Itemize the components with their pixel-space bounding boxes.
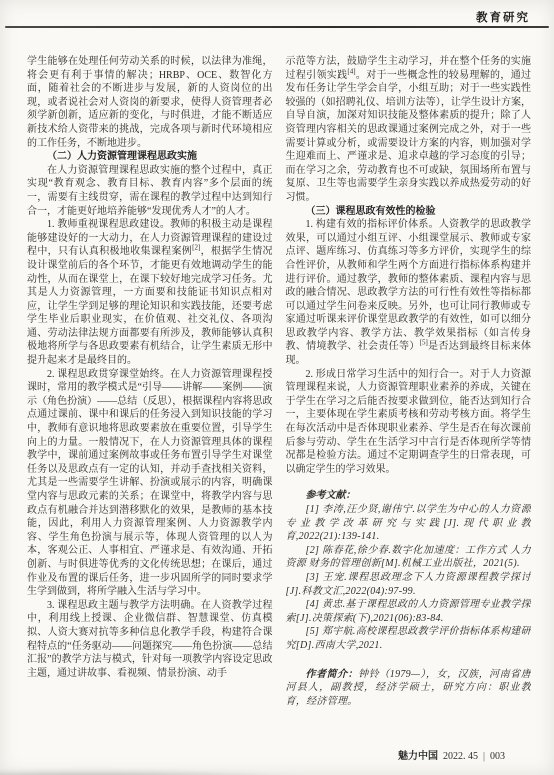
footer-issue: 2022. 45 <box>443 751 478 762</box>
citation-mark: [4] <box>347 67 355 75</box>
author-bio: 作者简介：钟铃（1979—），女，汉族，河南省唐河县人，副教授，经济学硕士，研究… <box>286 668 532 709</box>
paragraph-text: ，根据学生情况设计课堂前后的各个环节，才能更有效地调动学生的能动性，从而在课堂上… <box>27 246 273 366</box>
section-heading: （二）人力资源管理课程思政实施 <box>27 150 273 164</box>
scan-edge-shadow <box>0 769 322 775</box>
header-rule <box>5 26 549 28</box>
author-bio-label: 作者简介： <box>306 669 359 680</box>
footer-journal-name: 魅力中国 <box>398 747 438 762</box>
paragraph-text: 。对于一些概念性的较易理解的，通过发布任务让学生学会自学，小组互助；对于一些实践… <box>286 70 532 203</box>
footer-separator: | <box>483 751 485 762</box>
paragraph: 1. 教师重视课程思政建设。教师的积极主动是课程能够建设好的一大动力，在人力资源… <box>27 218 273 368</box>
paragraph: 示范等方法，鼓励学生主动学习，并在整个任务的实施过程引领实践[4]。对于一些概念… <box>286 55 532 205</box>
paragraph: 学生能够在处理任何劳动关系的时候，以法律为准绳，将会更有利于事情的解决；HRBP… <box>27 55 273 150</box>
left-column: 学生能够在处理任何劳动关系的时候，以法律为准绳，将会更有利于事情的解决；HRBP… <box>27 55 273 747</box>
references-heading: 参考文献： <box>286 489 532 503</box>
paragraph-text: 1. 构建有效的指标评价体系。人资教学的思政教学效果，可以通过小组互评、小组课堂… <box>286 219 532 352</box>
journal-section-title: 教育研究 <box>476 9 530 25</box>
footer-page-number: 003 <box>490 751 505 762</box>
paragraph: 2. 形成日常学习生活中的知行合一。对于人力资源管理课程来说，人力资源管理职业素… <box>286 368 532 477</box>
paragraph: 3. 课程思政主题与教学方法明确。在人资教学过程中，利用线上授课、企业微信群、智… <box>27 599 273 681</box>
article-body: 学生能够在处理任何劳动关系的时候，以法律为准绳，将会更有利于事情的解决；HRBP… <box>27 55 531 747</box>
reference-item: [2] 陈春花,徐少春.数字化加速度：工作方式 人力资源 财务的管理创新[M].… <box>286 544 532 571</box>
reference-item: [1] 李涛,汪少贤,谢伟宁.以学生为中心的人力资源专业教学改革研究与实践[J]… <box>286 503 532 544</box>
reference-item: [5] 郑宇航.高校课程思政教学评价指标体系构建研究[D].西南大学,2021. <box>286 625 532 652</box>
page-footer: 魅力中国 2022. 45 | 003 <box>398 747 505 762</box>
reference-item: [4] 黄忠.基于课程思政的人力资源管理专业教学探索[J].决策探索(下),20… <box>286 598 532 625</box>
reference-item: [3] 王宠.课程思政理念下人力资源课程教学探讨[J].科教文汇,2022(04… <box>286 571 532 598</box>
section-heading: （三）课程思政有效性的检验 <box>286 205 532 219</box>
paragraph: 1. 构建有效的指标评价体系。人资教学的思政教学效果，可以通过小组互评、小组课堂… <box>286 218 532 368</box>
right-column: 示范等方法，鼓励学生主动学习，并在整个任务的实施过程引领实践[4]。对于一些概念… <box>286 55 532 747</box>
journal-page: 教育研究 学生能够在处理任何劳动关系的时候，以法律为准绳，将会更有利于事情的解决… <box>0 0 554 775</box>
paragraph: 2. 课程思政贯穿课堂始终。在人力资源管理课程授课时，常用的教学模式是“引导——… <box>27 368 273 599</box>
paragraph: 在人力资源管理课程思政实施的整个过程中，真正实现“教育观念、教育目标、教育内容”… <box>27 164 273 218</box>
citation-mark: [5] <box>420 339 428 347</box>
